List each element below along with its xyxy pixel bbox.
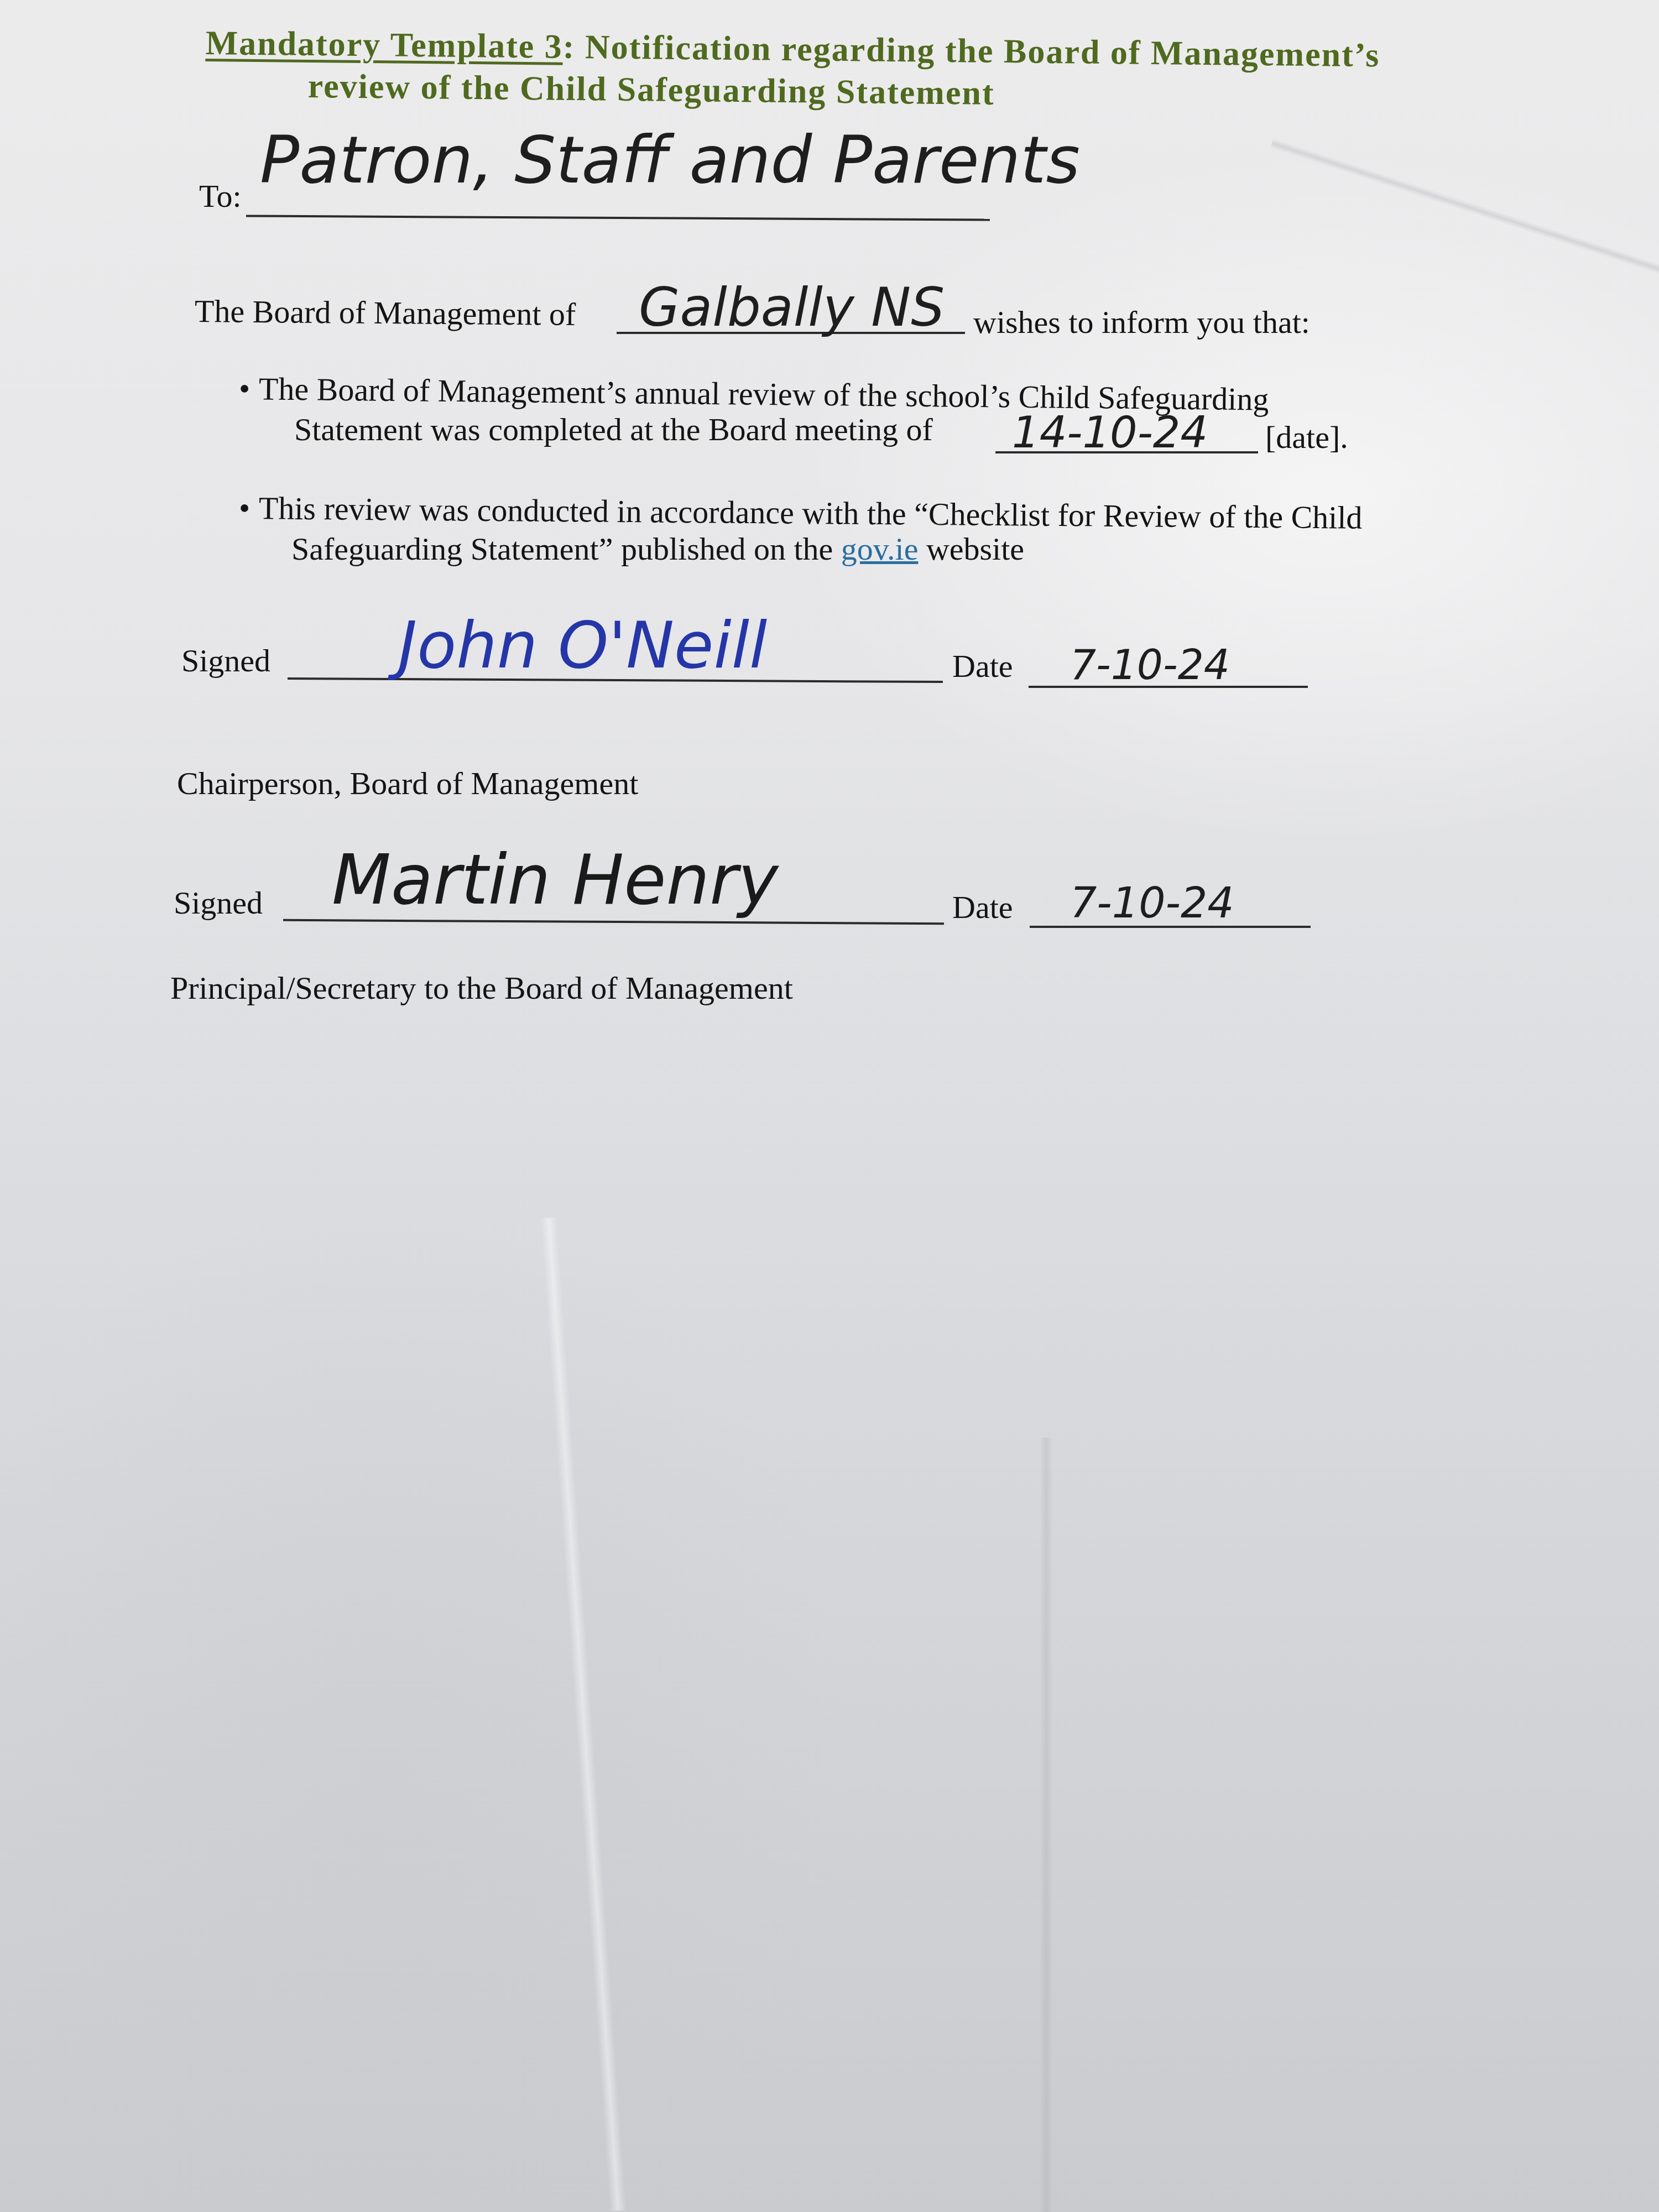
template-label: Mandatory Template 3: [205, 24, 563, 66]
principal-signature[interactable]: Martin Henry: [332, 841, 779, 920]
board-line-suffix: wishes to inform you that:: [973, 303, 1310, 342]
bullet-1-line2-suffix: [date].: [1265, 418, 1348, 457]
signed-label-2: Signed: [174, 884, 263, 922]
paper-fold: [1270, 138, 1659, 301]
date-label-2: Date: [952, 888, 1013, 927]
date-label-1: Date: [952, 647, 1013, 686]
document-title: Mandatory Template 3: Notification regar…: [205, 22, 1532, 120]
chairperson-signature[interactable]: John O'Neill: [398, 608, 767, 683]
meeting-date-handwritten[interactable]: 14-10-24: [1012, 408, 1208, 458]
paper-fold: [540, 1217, 626, 2211]
bullet-2-line2: Safeguarding Statement” published on the…: [291, 530, 1024, 568]
to-label: To:: [199, 177, 242, 216]
bullet-1-line2-prefix: Statement was completed at the Board mee…: [294, 410, 933, 449]
principal-role: Principal/Secretary to the Board of Mana…: [170, 969, 793, 1008]
title-line1: : Notification regarding the Board of Ma…: [562, 28, 1380, 74]
to-underline: [246, 215, 990, 221]
signed-label-1: Signed: [181, 641, 270, 680]
to-handwritten-value[interactable]: Patron, Staff and Parents: [260, 122, 1080, 198]
bullet-icon: •: [239, 369, 259, 408]
school-handwritten-value[interactable]: Galbally NS: [639, 276, 945, 338]
bullet-icon: •: [239, 489, 259, 528]
principal-date-handwritten[interactable]: 7-10-24: [1070, 878, 1234, 927]
paper-fold: [1040, 1438, 1053, 2212]
chairperson-role: Chairperson, Board of Management: [177, 764, 638, 803]
gov-ie-link[interactable]: gov.ie: [841, 531, 919, 567]
chairperson-date-handwritten[interactable]: 7-10-24: [1070, 641, 1230, 689]
board-line-prefix: The Board of Management of: [195, 292, 576, 334]
